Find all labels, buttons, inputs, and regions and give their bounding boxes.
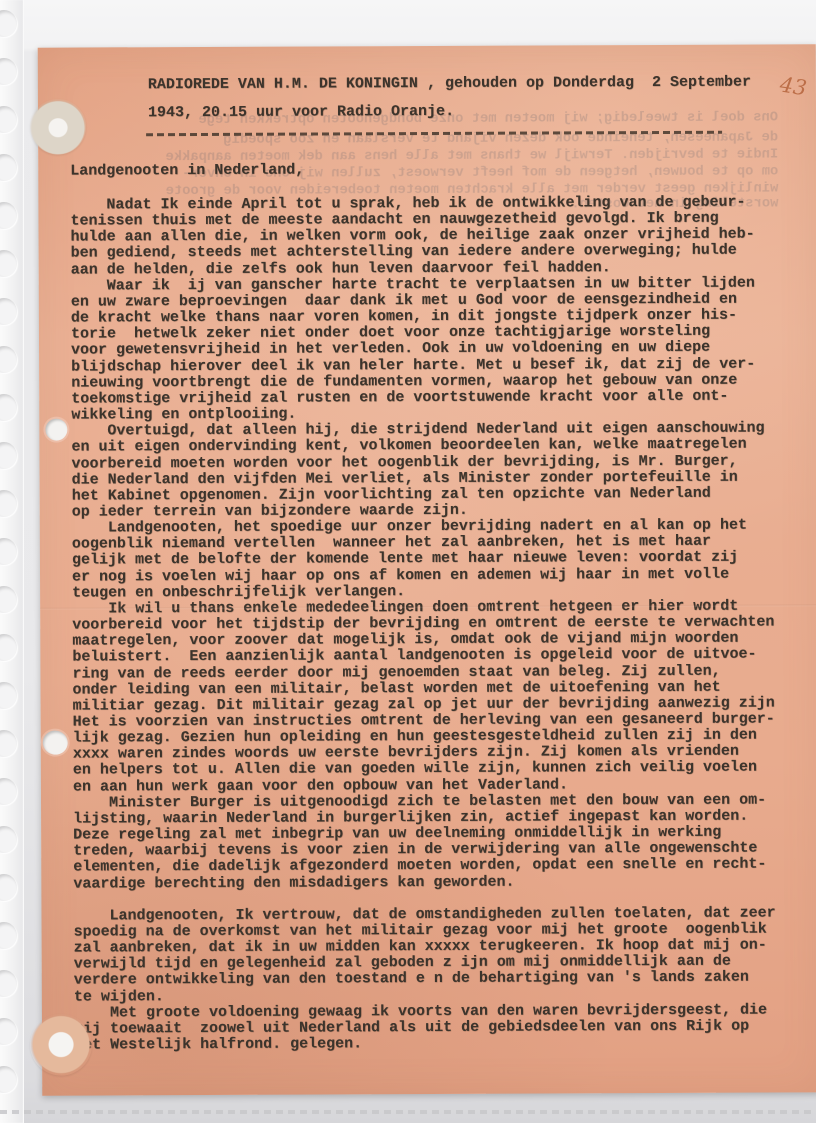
paragraph: Landgenooten, Ik vertrouw, dat de omstan…	[73, 905, 805, 1005]
binder-hole	[0, 922, 17, 949]
binder-hole	[0, 58, 17, 85]
binder-hole	[0, 1018, 17, 1045]
document-title-line2: 1943, 20.15 uur voor Radio Oranje.	[148, 104, 454, 121]
sleeve-weld-seam	[0, 1110, 816, 1114]
paragraph: Nadat Ik einde April tot u sprak, heb ik…	[70, 194, 802, 278]
binder-hole	[0, 106, 17, 133]
binder-hole	[0, 250, 17, 277]
binder-hole	[0, 970, 17, 997]
binder-hole	[0, 874, 17, 901]
binder-hole	[0, 634, 17, 661]
binder-hole	[0, 298, 17, 325]
paragraph: Minister Burger is uitgenoodigd zich te …	[73, 792, 805, 892]
binder-hole	[0, 730, 17, 757]
hole-reinforcement-ring-top	[30, 98, 86, 154]
document-title-line1: RADIOREDE VAN H.M. DE KONINGIN , gehoude…	[148, 75, 751, 94]
binder-hole	[0, 394, 17, 421]
document-body: Nadat Ik einde April tot u sprak, heb ik…	[70, 194, 806, 1053]
binder-hole	[0, 586, 17, 613]
salutation: Landgenooten in Nederland,	[70, 163, 304, 180]
binder-hole	[0, 490, 17, 517]
punch-hole-torn	[41, 728, 70, 757]
binder-hole	[0, 778, 17, 805]
paragraph: Landgenooten, het spoedige uur onzer bev…	[72, 517, 804, 601]
binder-hole	[0, 346, 17, 373]
binder-hole	[0, 1066, 17, 1093]
binder-hole	[0, 826, 17, 853]
binder-hole	[0, 202, 17, 229]
binder-hole	[0, 154, 17, 181]
scanned-document-photo: Ons doel is tweeledig; wij moeten met on…	[0, 0, 816, 1123]
binder-hole	[0, 682, 17, 709]
binder-hole	[0, 10, 17, 37]
binder-hole	[0, 442, 17, 469]
paragraph: Met groote voldoening gewaag ik voorts v…	[74, 1002, 806, 1054]
binder-hole	[0, 538, 17, 565]
binder-edge-strip	[0, 0, 24, 1123]
hole-reinforcement-ring-bottom	[30, 1013, 92, 1075]
punch-hole	[45, 419, 67, 441]
paragraph: Ik wil u thans enkele mededeelingen doen…	[72, 598, 805, 795]
paragraph: Waar ik ij van ganscher harte tracht te …	[71, 275, 804, 424]
document-sheet: Ons doel is tweeledig; wij moeten met on…	[38, 44, 816, 1095]
handwritten-year-note: 43	[778, 73, 808, 101]
paragraph: Overtuigd, dat alleen hij, die strijdend…	[71, 421, 803, 521]
